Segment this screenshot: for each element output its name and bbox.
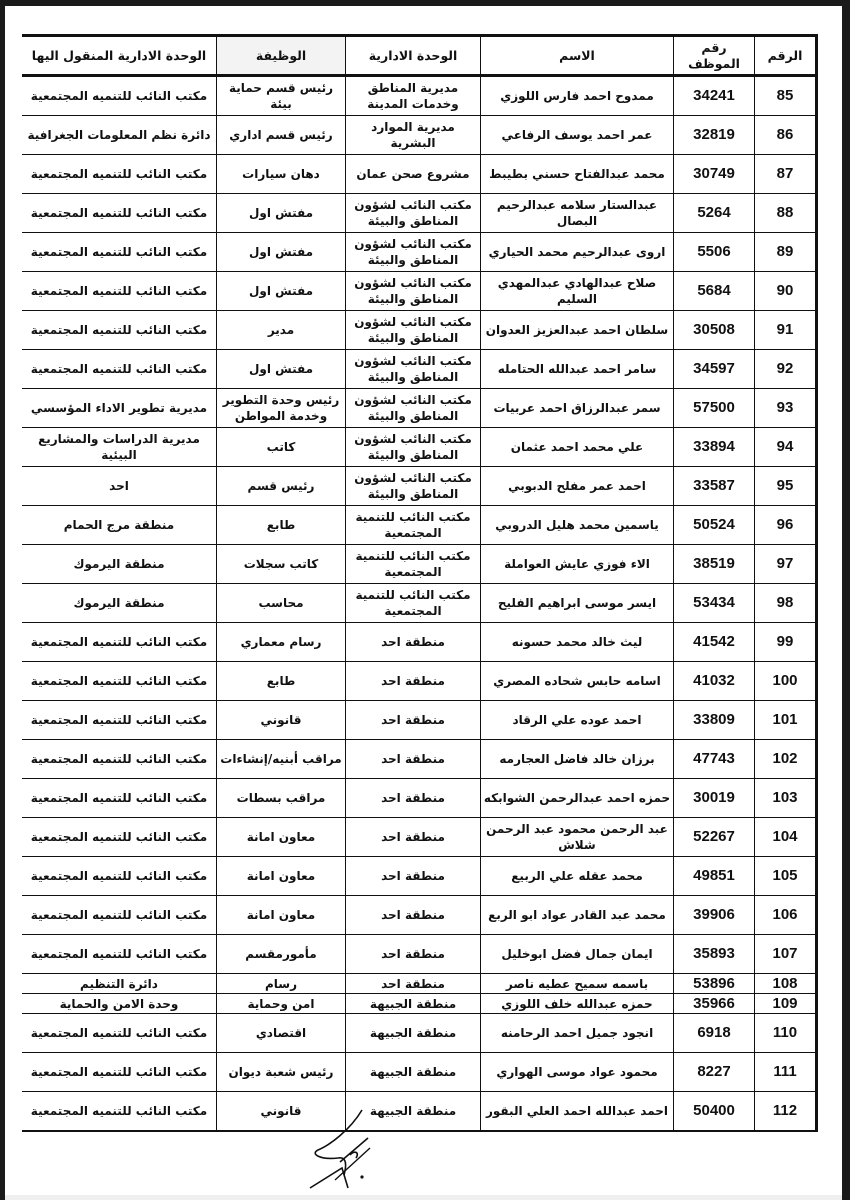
cell-job: رئيس قسم [217, 467, 346, 506]
table-row: 9941542ليث خالد محمد حسونهمنطقة احدرسام … [22, 623, 817, 662]
cell-destination-unit: مكتب النائب للتنميه المجتمعية [22, 701, 217, 740]
table-row: 8534241ممدوح احمد فارس اللوزيمديرية المن… [22, 76, 817, 116]
cell-job: كاتب [217, 428, 346, 467]
cell-job: مفتش اول [217, 194, 346, 233]
cell-name: احمد عبدالله احمد العلي البقور [481, 1092, 674, 1132]
cell-admin-unit: منطقة احد [346, 779, 481, 818]
cell-admin-unit: منطقة احد [346, 896, 481, 935]
cell-destination-unit: مكتب النائب للتنميه المجتمعية [22, 233, 217, 272]
cell-job: كاتب سجلات [217, 545, 346, 584]
cell-name: عبدالستار سلامه عبدالرحيم البصال [481, 194, 674, 233]
cell-destination-unit: مكتب النائب للتنميه المجتمعية [22, 857, 217, 896]
table-row: 10735893ايمان جمال فضل ابوخليلمنطقة احدم… [22, 935, 817, 974]
cell-destination-unit: مكتب النائب للتنميه المجتمعية [22, 272, 217, 311]
table-row: 8730749محمد عبدالفتاح حسني بطيبطمشروع صح… [22, 155, 817, 194]
cell-name: برزان خالد فاضل العجارمه [481, 740, 674, 779]
cell-admin-unit: منطقة احد [346, 974, 481, 994]
cell-number: 112 [755, 1092, 817, 1132]
cell-admin-unit: منطقة احد [346, 740, 481, 779]
cell-admin-unit: مشروع صحن عمان [346, 155, 481, 194]
cell-admin-unit: مكتب النائب لشؤون المناطق والبيئة [346, 311, 481, 350]
cell-job: دهان سيارات [217, 155, 346, 194]
cell-employee-id: 41032 [674, 662, 755, 701]
cell-destination-unit: مكتب النائب للتنميه المجتمعية [22, 740, 217, 779]
table-row: 10853896باسمه سميح عطيه ناصرمنطقة احدرسا… [22, 974, 817, 994]
table-row: 885264عبدالستار سلامه عبدالرحيم البصالمك… [22, 194, 817, 233]
cell-destination-unit: مكتب النائب للتنميه المجتمعية [22, 1053, 217, 1092]
cell-employee-id: 49851 [674, 857, 755, 896]
cell-name: سلطان احمد عبدالعزيز العدوان [481, 311, 674, 350]
cell-employee-id: 33587 [674, 467, 755, 506]
cell-destination-unit: منطقة اليرموك [22, 584, 217, 623]
cell-number: 104 [755, 818, 817, 857]
cell-destination-unit: منطقة مرج الحمام [22, 506, 217, 545]
cell-number: 108 [755, 974, 817, 994]
cell-job: رئيس وحدة التطوير وخدمة المواطن [217, 389, 346, 428]
cell-job: امن وحماية [217, 994, 346, 1014]
cell-admin-unit: منطقة احد [346, 935, 481, 974]
cell-name: ايمان جمال فضل ابوخليل [481, 935, 674, 974]
cell-number: 86 [755, 116, 817, 155]
cell-employee-id: 52267 [674, 818, 755, 857]
cell-job: رئيس قسم اداري [217, 116, 346, 155]
cell-destination-unit: مكتب النائب للتنميه المجتمعية [22, 311, 217, 350]
cell-admin-unit: منطقة الجبيهة [346, 1053, 481, 1092]
cell-destination-unit: مكتب النائب للتنميه المجتمعية [22, 935, 217, 974]
cell-admin-unit: منطقة الجبيهة [346, 1014, 481, 1053]
cell-admin-unit: منطقة احد [346, 818, 481, 857]
cell-name: محمد عبد القادر عواد ابو الربع [481, 896, 674, 935]
cell-name: عمر احمد يوسف الرفاعي [481, 116, 674, 155]
table-row: 9853434ايسر موسى ابراهيم الفليحمكتب النا… [22, 584, 817, 623]
table-row: 11250400احمد عبدالله احمد العلي البقورمن… [22, 1092, 817, 1132]
cell-number: 98 [755, 584, 817, 623]
cell-number: 110 [755, 1014, 817, 1053]
table-row: 905684صلاح عبدالهادي عبدالمهدي السليممكت… [22, 272, 817, 311]
cell-destination-unit: مكتب النائب للتنميه المجتمعية [22, 779, 217, 818]
cell-destination-unit: وحدة الامن والحماية [22, 994, 217, 1014]
transfer-roster-table: الرقم رقم الموظف الاسم الوحدة الادارية ا… [22, 34, 818, 1132]
cell-number: 99 [755, 623, 817, 662]
cell-admin-unit: مكتب النائب لشؤون المناطق والبيئة [346, 272, 481, 311]
cell-employee-id: 53896 [674, 974, 755, 994]
cell-admin-unit: مكتب النائب للتنمية المجتمعية [346, 545, 481, 584]
cell-name: انجود جميل احمد الرحامنه [481, 1014, 674, 1053]
cell-destination-unit: دائرة نظم المعلومات الجغرافية [22, 116, 217, 155]
cell-admin-unit: مكتب النائب لشؤون المناطق والبيئة [346, 350, 481, 389]
table-row: 10452267عبد الرحمن محمود عبد الرحمن شلاش… [22, 818, 817, 857]
cell-number: 89 [755, 233, 817, 272]
cell-employee-id: 47743 [674, 740, 755, 779]
bottom-strip [5, 1195, 842, 1200]
cell-job: مفتش اول [217, 350, 346, 389]
cell-destination-unit: احد [22, 467, 217, 506]
cell-employee-id: 33894 [674, 428, 755, 467]
table-row: 10639906محمد عبد القادر عواد ابو الربعمن… [22, 896, 817, 935]
cell-job: طابع [217, 662, 346, 701]
col-header-destination-unit: الوحدة الادارية المنقول اليها [22, 36, 217, 76]
cell-number: 103 [755, 779, 817, 818]
cell-job: معاون امانة [217, 857, 346, 896]
cell-number: 96 [755, 506, 817, 545]
cell-admin-unit: منطقة احد [346, 701, 481, 740]
cell-number: 106 [755, 896, 817, 935]
cell-name: سامر احمد عبدالله الحتامله [481, 350, 674, 389]
cell-employee-id: 5264 [674, 194, 755, 233]
cell-name: حمزه عبدالله خلف اللوزي [481, 994, 674, 1014]
table-row: 8632819عمر احمد يوسف الرفاعيمديرية الموا… [22, 116, 817, 155]
col-header-name: الاسم [481, 36, 674, 76]
table-row: 10133809احمد عوده علي الرقادمنطقة احدقان… [22, 701, 817, 740]
cell-employee-id: 33809 [674, 701, 755, 740]
cell-admin-unit: مكتب النائب للتنمية المجتمعية [346, 506, 481, 545]
cell-number: 95 [755, 467, 817, 506]
cell-name: اسامه حابس شحاده المصري [481, 662, 674, 701]
cell-name: ياسمين محمد هليل الدروبي [481, 506, 674, 545]
cell-job: رئيس قسم حماية بيئة [217, 76, 346, 116]
cell-job: اقتصادي [217, 1014, 346, 1053]
cell-admin-unit: مكتب النائب لشؤون المناطق والبيئة [346, 233, 481, 272]
cell-name: علي محمد احمد عثمان [481, 428, 674, 467]
cell-name: محمد عبدالفتاح حسني بطيبط [481, 155, 674, 194]
cell-job: معاون امانة [217, 818, 346, 857]
cell-destination-unit: مكتب النائب للتنميه المجتمعية [22, 896, 217, 935]
cell-number: 90 [755, 272, 817, 311]
table-header-row: الرقم رقم الموظف الاسم الوحدة الادارية ا… [22, 36, 817, 76]
cell-number: 111 [755, 1053, 817, 1092]
table-row: 9738519الاء فوزي عايش العواملةمكتب النائ… [22, 545, 817, 584]
cell-job: رسام [217, 974, 346, 994]
cell-number: 102 [755, 740, 817, 779]
cell-employee-id: 30019 [674, 779, 755, 818]
cell-employee-id: 30749 [674, 155, 755, 194]
cell-admin-unit: مكتب النائب لشؤون المناطق والبيئة [346, 467, 481, 506]
cell-name: اروى عبدالرحيم محمد الحياري [481, 233, 674, 272]
cell-employee-id: 34241 [674, 76, 755, 116]
cell-job: قانوني [217, 701, 346, 740]
cell-number: 100 [755, 662, 817, 701]
cell-admin-unit: منطقة احد [346, 623, 481, 662]
cell-number: 88 [755, 194, 817, 233]
cell-name: عبد الرحمن محمود عبد الرحمن شلاش [481, 818, 674, 857]
table-row: 9130508سلطان احمد عبدالعزيز العدوانمكتب … [22, 311, 817, 350]
cell-employee-id: 32819 [674, 116, 755, 155]
cell-number: 109 [755, 994, 817, 1014]
cell-destination-unit: مكتب النائب للتنميه المجتمعية [22, 350, 217, 389]
cell-destination-unit: مكتب النائب للتنميه المجتمعية [22, 1014, 217, 1053]
cell-number: 105 [755, 857, 817, 896]
table-row: 9357500سمر عبدالرزاق احمد عربياتمكتب الن… [22, 389, 817, 428]
cell-job: مفتش اول [217, 233, 346, 272]
cell-admin-unit: منطقة الجبيهة [346, 994, 481, 1014]
cell-employee-id: 50524 [674, 506, 755, 545]
cell-name: احمد عوده علي الرقاد [481, 701, 674, 740]
cell-number: 94 [755, 428, 817, 467]
cell-employee-id: 5506 [674, 233, 755, 272]
cell-job: مراقب أبنيه/إنشاءات [217, 740, 346, 779]
table-row: 1118227محمود عواد موسى الهواريمنطقة الجب… [22, 1053, 817, 1092]
table-row: 10247743برزان خالد فاضل العجارمهمنطقة اح… [22, 740, 817, 779]
cell-job: معاون امانة [217, 896, 346, 935]
cell-employee-id: 53434 [674, 584, 755, 623]
table-row: 9650524ياسمين محمد هليل الدروبيمكتب النا… [22, 506, 817, 545]
cell-job: رسام معماري [217, 623, 346, 662]
table-row: 10935966حمزه عبدالله خلف اللوزيمنطقة الج… [22, 994, 817, 1014]
cell-name: الاء فوزي عايش العواملة [481, 545, 674, 584]
cell-admin-unit: مكتب النائب لشؤون المناطق والبيئة [346, 389, 481, 428]
cell-employee-id: 34597 [674, 350, 755, 389]
cell-destination-unit: مديرية الدراسات والمشاريع البيئية [22, 428, 217, 467]
table-row: 10549851محمد عقله علي الربيعمنطقة احدمعا… [22, 857, 817, 896]
cell-employee-id: 8227 [674, 1053, 755, 1092]
cell-name: حمزه احمد عبدالرحمن الشوابكه [481, 779, 674, 818]
col-header-admin-unit: الوحدة الادارية [346, 36, 481, 76]
cell-number: 107 [755, 935, 817, 974]
table-row: 9433894علي محمد احمد عثمانمكتب النائب لش… [22, 428, 817, 467]
cell-destination-unit: مكتب النائب للتنميه المجتمعية [22, 623, 217, 662]
cell-destination-unit: مكتب النائب للتنميه المجتمعية [22, 1092, 217, 1132]
cell-number: 87 [755, 155, 817, 194]
col-header-number: الرقم [755, 36, 817, 76]
cell-employee-id: 35966 [674, 994, 755, 1014]
cell-name: ليث خالد محمد حسونه [481, 623, 674, 662]
cell-destination-unit: مكتب النائب للتنميه المجتمعية [22, 194, 217, 233]
cell-employee-id: 50400 [674, 1092, 755, 1132]
cell-employee-id: 5684 [674, 272, 755, 311]
table-row: 895506اروى عبدالرحيم محمد الحياريمكتب ال… [22, 233, 817, 272]
cell-job: رئيس شعبة ديوان [217, 1053, 346, 1092]
cell-destination-unit: مكتب النائب للتنميه المجتمعية [22, 662, 217, 701]
cell-number: 85 [755, 76, 817, 116]
cell-admin-unit: منطقة احد [346, 662, 481, 701]
table-row: 10041032اسامه حابس شحاده المصريمنطقة احد… [22, 662, 817, 701]
cell-admin-unit: مكتب النائب لشؤون المناطق والبيئة [346, 428, 481, 467]
cell-admin-unit: مكتب النائب لشؤون المناطق والبيئة [346, 194, 481, 233]
cell-destination-unit: مكتب النائب للتنميه المجتمعية [22, 818, 217, 857]
cell-number: 92 [755, 350, 817, 389]
cell-job: مأمورمقسم [217, 935, 346, 974]
cell-employee-id: 39906 [674, 896, 755, 935]
cell-number: 97 [755, 545, 817, 584]
table-row: 1106918انجود جميل احمد الرحامنهمنطقة الج… [22, 1014, 817, 1053]
cell-employee-id: 38519 [674, 545, 755, 584]
cell-name: صلاح عبدالهادي عبدالمهدي السليم [481, 272, 674, 311]
cell-employee-id: 30508 [674, 311, 755, 350]
cell-name: احمد عمر مفلح الدبوبي [481, 467, 674, 506]
cell-employee-id: 35893 [674, 935, 755, 974]
cell-job: طابع [217, 506, 346, 545]
cell-employee-id: 57500 [674, 389, 755, 428]
cell-name: باسمه سميح عطيه ناصر [481, 974, 674, 994]
cell-job: مدير [217, 311, 346, 350]
cell-admin-unit: مديرية الموارد البشرية [346, 116, 481, 155]
cell-job: محاسب [217, 584, 346, 623]
cell-admin-unit: مكتب النائب للتنمية المجتمعية [346, 584, 481, 623]
cell-admin-unit: مديرية المناطق وخدمات المدينة [346, 76, 481, 116]
signature-mark [300, 1100, 380, 1195]
cell-name: محمد عقله علي الربيع [481, 857, 674, 896]
table-row: 10330019حمزه احمد عبدالرحمن الشوابكهمنطق… [22, 779, 817, 818]
cell-name: سمر عبدالرزاق احمد عربيات [481, 389, 674, 428]
cell-destination-unit: مديرية تطوير الاداء المؤسسي [22, 389, 217, 428]
cell-destination-unit: مكتب النائب للتنميه المجتمعية [22, 155, 217, 194]
cell-number: 93 [755, 389, 817, 428]
cell-destination-unit: منطقة اليرموك [22, 545, 217, 584]
cell-job: مراقب بسطات [217, 779, 346, 818]
cell-name: محمود عواد موسى الهواري [481, 1053, 674, 1092]
cell-employee-id: 41542 [674, 623, 755, 662]
table-row: 9533587احمد عمر مفلح الدبوبيمكتب النائب … [22, 467, 817, 506]
cell-admin-unit: منطقة احد [346, 857, 481, 896]
cell-number: 101 [755, 701, 817, 740]
cell-name: ايسر موسى ابراهيم الفليح [481, 584, 674, 623]
table-row: 9234597سامر احمد عبدالله الحتاملهمكتب ال… [22, 350, 817, 389]
col-header-employee-id: رقم الموظف [674, 36, 755, 76]
cell-employee-id: 6918 [674, 1014, 755, 1053]
cell-destination-unit: دائرة التنظيم [22, 974, 217, 994]
cell-destination-unit: مكتب النائب للتنميه المجتمعية [22, 76, 217, 116]
cell-job: مفتش اول [217, 272, 346, 311]
cell-name: ممدوح احمد فارس اللوزي [481, 76, 674, 116]
cell-number: 91 [755, 311, 817, 350]
col-header-job: الوظيفة [217, 36, 346, 76]
